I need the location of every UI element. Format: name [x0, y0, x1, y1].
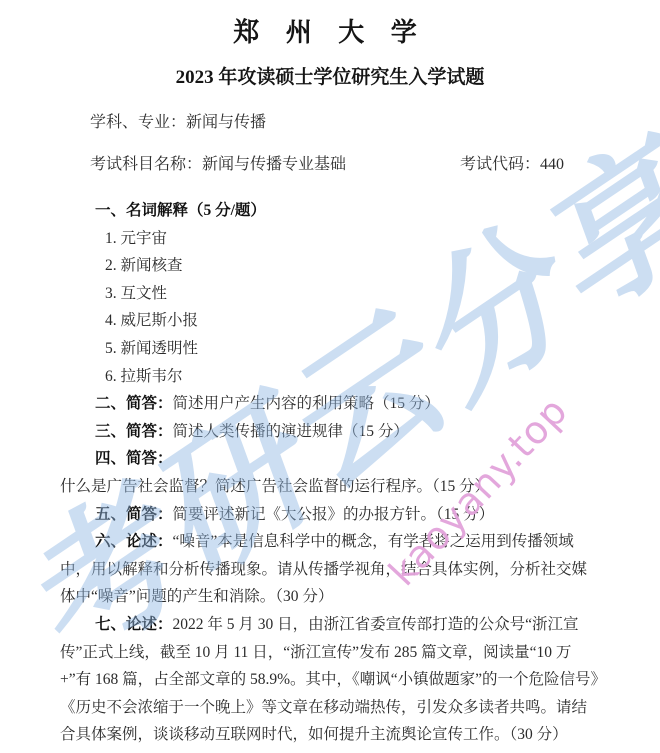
major-label: 学科、专业： — [90, 114, 186, 131]
term-item: 2. 新闻核查 — [60, 252, 602, 280]
exam-meta: 学科、专业：新闻与传播 考试科目名称：新闻与传播专业基础 考试代码：440 — [90, 109, 660, 174]
section-5-text: 简要评述新记《大公报》的办报方针。（15 分） — [173, 506, 495, 523]
section-2-question: 二、简答：简述用户产生内容的利用策略（15 分） — [60, 390, 602, 418]
question-list: 一、名词解释（5 分/题） 1. 元宇宙 2. 新闻核查 3. 互文性 4. 威… — [60, 197, 602, 749]
exam-title: 2023 年攻读硕士学位研究生入学试题 — [0, 62, 660, 89]
section-6-prefix: 六、论述： — [95, 533, 173, 550]
section-7-prefix: 七、论述： — [95, 616, 173, 633]
section-3-text: 简述人类传播的演进规律（15 分） — [173, 423, 409, 440]
section-3-question: 三、简答：简述人类传播的演进规律（15 分） — [60, 418, 602, 446]
section-5-question: 五、简答：简要评述新记《大公报》的办报方针。（15 分） — [60, 501, 602, 529]
major-line: 学科、专业：新闻与传播 — [90, 109, 660, 132]
term-item: 5. 新闻透明性 — [60, 335, 602, 363]
term-item: 6. 拉斯韦尔 — [60, 363, 602, 391]
exam-code-value: 440 — [540, 156, 564, 173]
major-value: 新闻与传播 — [186, 114, 266, 131]
section-2-text: 简述用户产生内容的利用策略（15 分） — [173, 395, 440, 412]
exam-code: 考试代码：440 — [460, 151, 564, 174]
term-item: 4. 威尼斯小报 — [60, 307, 602, 335]
section-7-text: 2022 年 5 月 30 日，由浙江省委宣传部打造的公众号“浙江宣传”正式上线… — [60, 616, 598, 743]
term-item: 1. 元宇宙 — [60, 225, 602, 253]
subject-label: 考试科目名称： — [90, 156, 202, 173]
exam-code-label: 考试代码： — [460, 156, 540, 173]
section-2-prefix: 二、简答： — [95, 395, 173, 412]
section-4-prefix: 四、简答： — [95, 450, 173, 467]
exam-paper-page: 郑 州 大 学 2023 年攻读硕士学位研究生入学试题 学科、专业：新闻与传播 … — [0, 0, 660, 753]
section-4-text: 什么是广告社会监督？简述广告社会监督的运行程序。（15 分） — [60, 478, 490, 495]
university-title: 郑 州 大 学 — [0, 12, 660, 49]
subject-line: 考试科目名称：新闻与传播专业基础 考试代码：440 — [90, 151, 660, 174]
section-4-question: 四、简答：什么是广告社会监督？简述广告社会监督的运行程序。（15 分） — [60, 445, 602, 500]
section-3-prefix: 三、简答： — [95, 423, 173, 440]
section-6-question: 六、论述：“噪音”本是信息科学中的概念，有学者将之运用到传播领域中，用以解释和分… — [60, 528, 602, 611]
term-item: 3. 互文性 — [60, 280, 602, 308]
section-7-question: 七、论述：2022 年 5 月 30 日，由浙江省委宣传部打造的公众号“浙江宣传… — [60, 611, 602, 749]
subject-value: 新闻与传播专业基础 — [202, 156, 346, 173]
section-5-prefix: 五、简答： — [95, 506, 173, 523]
section-1-heading: 一、名词解释（5 分/题） — [60, 197, 602, 225]
